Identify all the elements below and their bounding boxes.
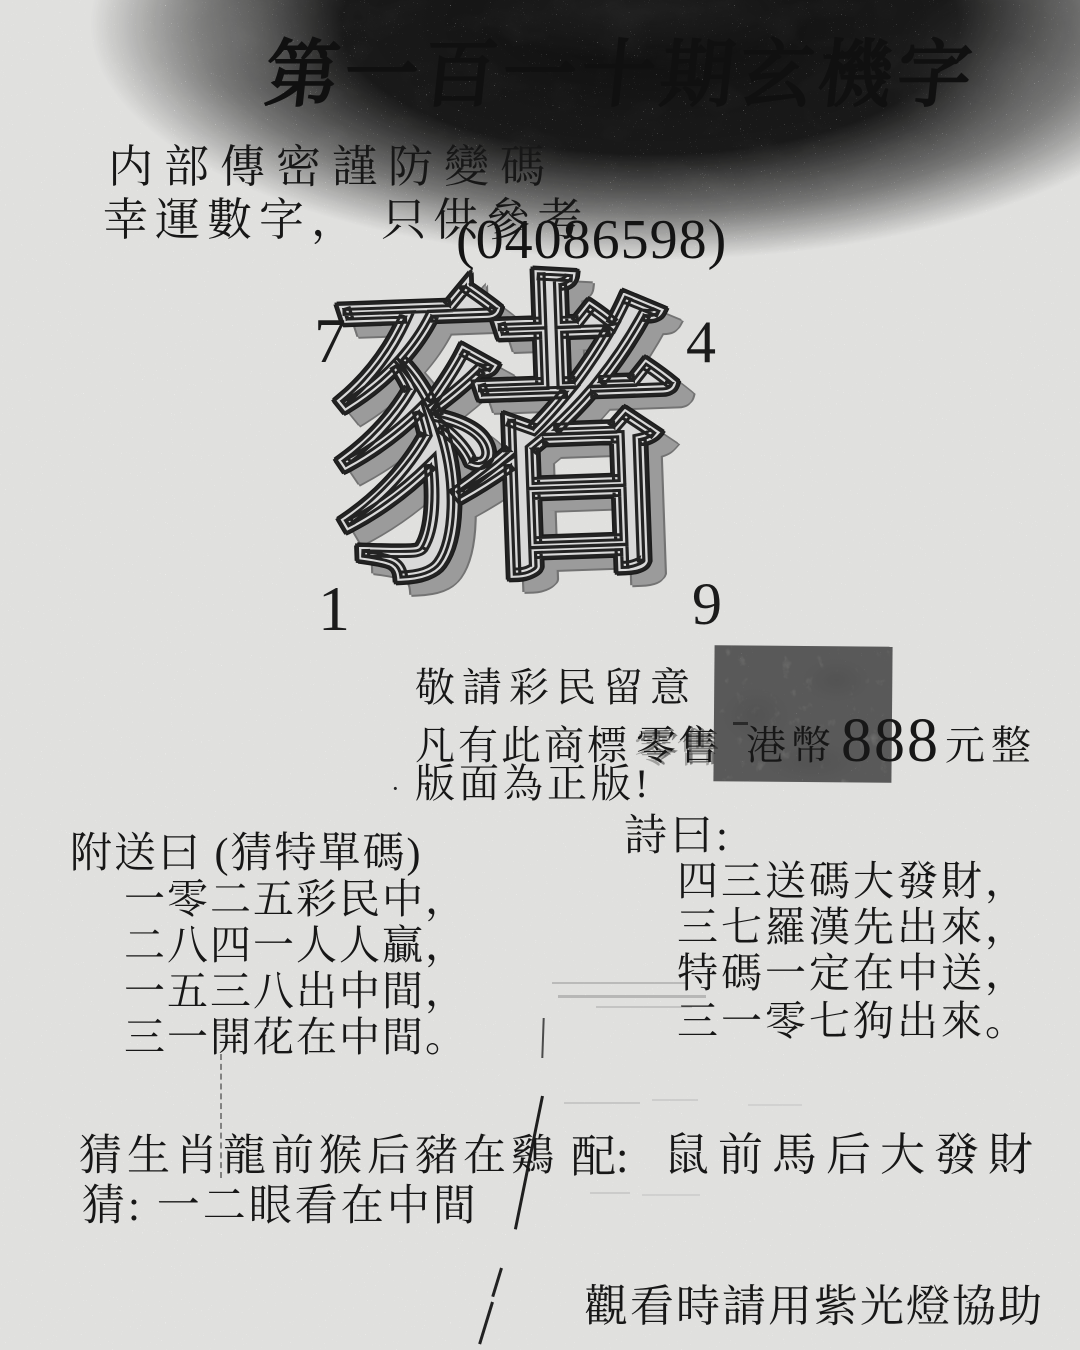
scan-artifact-smudge — [748, 1104, 802, 1106]
scan-artifact-smudge — [652, 1099, 698, 1101]
footer-note: 觀看時請用紫光燈協助 — [584, 1270, 1044, 1334]
scan-artifact-vertical-line — [541, 1018, 544, 1058]
zodiac-character-art: 豬 豬 — [334, 268, 706, 620]
notice-line-3: 版面為正版! — [415, 752, 652, 809]
scan-artifact-smudge — [564, 1102, 640, 1104]
scan-artifact-smudge — [552, 982, 688, 984]
guess-hint-line: 猜: 一二眼看在中間 — [82, 1172, 479, 1233]
pair-label: 配: — [571, 1120, 629, 1185]
scanned-lottery-sheet: 第一百一十期玄機字 内部傳密謹防變碼 幸運數字， 只供參考 (04086598)… — [0, 0, 1080, 1350]
page-title: 第一百一十期玄機字 — [260, 16, 982, 122]
corner-number-top-left: 7 — [314, 304, 346, 378]
notice-currency: 港幣 — [746, 714, 836, 771]
scan-artifact-smudge — [590, 1192, 630, 1194]
scan-artifact-slash — [491, 1268, 503, 1298]
notice-price-unit: 元整 — [945, 714, 1037, 771]
poem-line: 三一零七狗出來。 — [677, 988, 1029, 1047]
zodiac-character: 豬 — [325, 270, 689, 609]
lucky-number: (04086598) — [456, 208, 727, 272]
notice-price: 888 — [841, 706, 940, 777]
bonus-poem-line: 三一開花在中間。 — [124, 1004, 468, 1063]
scan-artifact-smudge — [642, 1194, 700, 1196]
corner-number-top-right: 4 — [686, 308, 716, 377]
stray-ink-dots: · · — [391, 774, 439, 804]
corner-number-bottom-left: 1 — [318, 572, 350, 646]
scan-artifact-slash — [478, 1302, 494, 1345]
corner-number-bottom-right: 9 — [692, 570, 722, 639]
pair-hint: 鼠前馬后大發財 — [664, 1118, 1042, 1183]
